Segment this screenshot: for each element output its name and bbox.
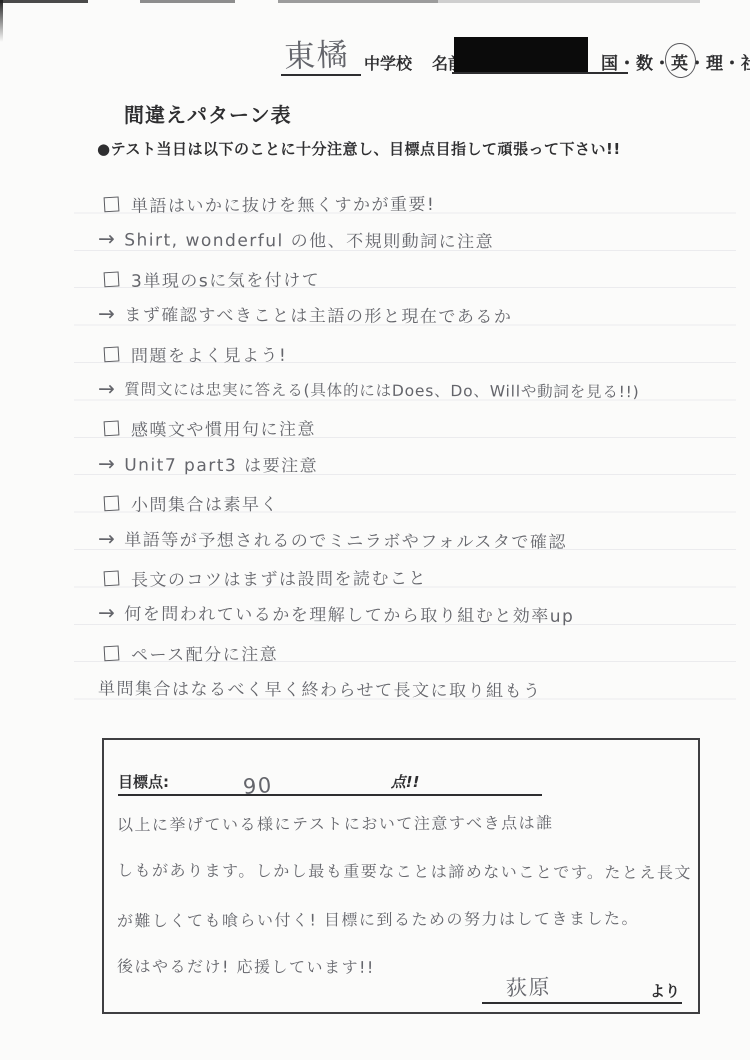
goal-message-box: 目標点: 90 点!! 以上に挙げている様にテストにおいて注意すべき点は誰 しも…	[102, 738, 700, 1014]
checklist-item-text: 単語等が予想されるのでミニラボやフォルスタで確認	[124, 525, 567, 552]
arrow-icon: →	[98, 301, 116, 325]
checklist-item-text: 感嘆文や慣用句に注意	[131, 415, 316, 441]
checklist-item: 小問集合は素早く	[94, 481, 742, 522]
checklist-item: ペース配分に注意	[94, 631, 742, 672]
checkbox-icon	[104, 645, 120, 661]
checklist-item-text: 質問文には忠実に答える(具体的にはDoes、Do、Willや動詞を見る!!)	[124, 377, 639, 402]
school-name-handwritten: 東橘	[283, 29, 350, 76]
scan-edge-artifact	[0, 0, 3, 42]
message-line: 以上に挙げている様にテストにおいて注意すべき点は誰	[117, 796, 692, 847]
subject-list: 国・数・英・理・社	[601, 49, 750, 74]
checklist-item-text: まず確認すべきことは主語の形と現在であるか	[124, 301, 512, 328]
checklist-note: 単問集合はなるべく早く終わらせて長文に取り組もう	[94, 668, 742, 709]
checklist-item: 3単現のsに気を付けて	[94, 257, 742, 298]
checklist-item-text: ペース配分に注意	[131, 640, 278, 666]
redacted-name	[454, 37, 588, 73]
signature-line: 荻原 より	[482, 972, 682, 1004]
checkbox-icon	[104, 496, 120, 512]
checkbox-icon	[104, 197, 120, 213]
arrow-icon: →	[98, 376, 116, 400]
checklist-item-text: Unit7 part3 は要注意	[124, 450, 318, 476]
subject-shakai: 社	[741, 49, 750, 74]
checklist-followup: → 単語等が予想されるのでミニラボやフォルスタで確認	[94, 519, 742, 560]
signature-name-handwritten: 荻原	[483, 971, 551, 1003]
arrow-icon: →	[98, 526, 116, 550]
checklist-item: 長文のコツはまずは設問を読むこと	[94, 556, 742, 597]
goal-score-handwritten: 90	[242, 773, 273, 799]
subject-kokugo: 国	[601, 49, 619, 74]
page-title: 間違えパターン表	[124, 99, 292, 128]
checklist-item-text: 長文のコツはまずは設問を読むこと	[131, 564, 427, 591]
message-line: が難しくても喰らい付く! 目標に到るための努力はしてきました。	[117, 892, 692, 943]
checkbox-icon	[104, 346, 120, 362]
checklist-followup: → まず確認すべきことは主語の形と現在であるか	[94, 294, 742, 335]
notice-text: ●テスト当日は以下のことに十分注意し、目標点目指して頑張って下さい!!	[97, 138, 621, 159]
school-label: 中学校	[364, 51, 412, 74]
mistake-pattern-checklist: 単語はいかに抜けを無くすかが重要! → Shirt, wonderful の他、…	[94, 184, 742, 707]
checklist-item-text: 3単現のsに気を付けて	[131, 266, 320, 292]
scan-edge-artifact	[140, 0, 235, 3]
checklist-followup: → Shirt, wonderful の他、不規則動詞に注意	[94, 220, 742, 261]
school-name-underline	[281, 74, 361, 76]
goal-score-line: 目標点: 90 点!!	[118, 750, 542, 796]
checklist-item-text: 小問集合は素早く	[131, 490, 279, 516]
subject-rika: 理	[706, 49, 724, 74]
subject-dot: ・	[724, 49, 742, 74]
checklist-item: 感嘆文や慣用句に注意	[94, 406, 742, 447]
checklist-item-text: 単問集合はなるべく早く終わらせて長文に取り組もう	[98, 675, 542, 702]
message-line: しもがあります。しかし最も重要なことは諦めないことです。たとえ長文	[117, 845, 692, 896]
checkbox-icon	[104, 421, 120, 437]
arrow-icon: →	[98, 226, 116, 250]
goal-label: 目標点:	[118, 771, 169, 794]
subject-sugaku: 数	[636, 49, 654, 74]
signature-suffix: より	[650, 980, 680, 1002]
subject-dot: ・	[619, 49, 637, 74]
checklist-item-text: Shirt, wonderful の他、不規則動詞に注意	[124, 226, 494, 253]
scan-edge-artifact	[278, 0, 438, 3]
checkbox-icon	[104, 571, 120, 587]
checklist-item-text: 何を問われているかを理解してから取り組むと効率up	[124, 600, 574, 627]
points-label: 点!!	[391, 771, 420, 794]
checklist-followup: → 何を問われているかを理解してから取り組むと効率up	[94, 594, 742, 635]
arrow-icon: →	[98, 600, 116, 624]
checklist-item-text: 単語はいかに抜けを無くすかが重要!	[131, 190, 435, 217]
arrow-icon: →	[98, 451, 116, 475]
scan-edge-artifact	[438, 0, 700, 3]
teacher-message: 以上に挙げている様にテストにおいて注意すべき点は誰 しもがあります。しかし最も重…	[117, 798, 692, 990]
checklist-item: 単語はいかに抜けを無くすかが重要!	[94, 182, 742, 223]
checklist-item-text: 問題をよく見よう!	[131, 341, 287, 367]
checkbox-icon	[104, 271, 120, 287]
scan-edge-artifact	[0, 0, 88, 3]
subject-eigo-circled: 英	[671, 49, 689, 74]
checklist-item: 問題をよく見よう!	[94, 332, 742, 373]
checklist-followup: → 質問文には忠実に答える(具体的にはDoes、Do、Willや動詞を見る!!)	[94, 369, 742, 410]
checklist-followup: → Unit7 part3 は要注意	[94, 444, 742, 485]
